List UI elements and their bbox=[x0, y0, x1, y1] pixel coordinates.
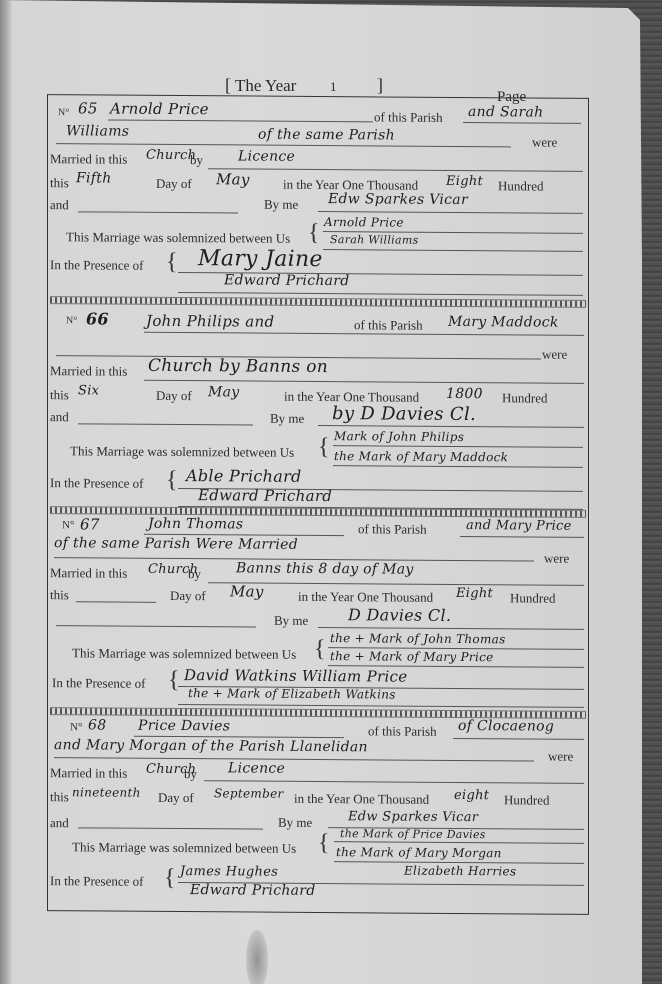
were-label: were bbox=[532, 134, 557, 150]
solemnized-label: This Marriage was solemnized between Us bbox=[72, 645, 296, 663]
signature-bride: the + Mark of Mary Price bbox=[330, 649, 494, 664]
rule bbox=[54, 757, 534, 761]
groom-name: John Thomas bbox=[148, 516, 243, 533]
marriage-entry-67: N° 67 John Thomas of this Parish and Mar… bbox=[48, 515, 588, 709]
brace-icon: { bbox=[318, 435, 330, 459]
officiant-name: D Davies Cl. bbox=[348, 605, 451, 625]
year-label: The Year bbox=[235, 76, 296, 95]
brace-icon: { bbox=[164, 866, 176, 890]
witness-2: Edward Prichard bbox=[198, 486, 332, 505]
witness-2: Edward Prichard bbox=[224, 272, 350, 289]
entry-number: 67 bbox=[80, 515, 100, 533]
rule bbox=[76, 601, 156, 603]
bride-parish: and Mary Morgan of the Parish Llanelidan bbox=[54, 737, 368, 755]
rule bbox=[463, 122, 581, 124]
married-label: Married in this bbox=[50, 765, 127, 782]
by-me-label: By me bbox=[264, 197, 298, 213]
by-label: by bbox=[184, 766, 197, 782]
rule bbox=[333, 445, 583, 448]
rule bbox=[208, 582, 584, 586]
marriage-month: September bbox=[214, 786, 284, 800]
this-label: this bbox=[50, 587, 69, 603]
married-label: Married in this bbox=[50, 363, 127, 380]
signature-bride: the Mark of Mary Maddock bbox=[334, 449, 508, 464]
number-label: N° bbox=[58, 107, 69, 118]
marriage-month: May bbox=[230, 582, 264, 600]
signature-groom: Arnold Price bbox=[324, 215, 404, 230]
bride-surname: Williams bbox=[66, 123, 129, 139]
number-label: N° bbox=[70, 721, 82, 733]
and-label: and bbox=[50, 815, 69, 831]
hundred-label: Hundred bbox=[502, 390, 548, 406]
marriage-day: Fifth bbox=[76, 170, 112, 186]
hundred-label: Hundred bbox=[498, 178, 544, 194]
brace-icon: { bbox=[166, 468, 178, 492]
rule bbox=[78, 211, 238, 213]
marriage-place: Church by Banns on bbox=[148, 356, 328, 377]
rule bbox=[56, 143, 511, 147]
witness-1: Able Prichard bbox=[186, 466, 302, 486]
witness-1: James Hughes bbox=[180, 864, 278, 880]
officiant-name: Edw Sparkes Vicar bbox=[348, 809, 478, 825]
rule bbox=[323, 249, 583, 252]
solemnized-label: This Marriage was solemnized between Us bbox=[70, 443, 294, 461]
were-label: were bbox=[544, 551, 569, 567]
rule bbox=[144, 332, 584, 336]
entry-number: 68 bbox=[88, 717, 106, 733]
hundred-label: Hundred bbox=[504, 792, 550, 808]
marriage-month: May bbox=[216, 170, 250, 188]
rule bbox=[178, 704, 584, 708]
signature-bride: the Mark of Mary Morgan bbox=[336, 845, 502, 860]
rule bbox=[333, 465, 583, 468]
hundred-label: Hundred bbox=[510, 590, 556, 606]
day-of-label: Day of bbox=[156, 388, 192, 404]
day-of-label: Day of bbox=[170, 588, 206, 604]
parish-label: of this Parish bbox=[374, 109, 443, 125]
rule bbox=[453, 738, 584, 740]
witness-3: Elizabeth Harries bbox=[404, 864, 516, 879]
by-me-label: By me bbox=[270, 411, 304, 427]
year-label: in the Year One Thousand bbox=[298, 589, 433, 606]
brace-icon: { bbox=[318, 831, 330, 855]
presence-label: In the Presence of bbox=[50, 873, 144, 890]
page-edge-shadow bbox=[0, 0, 12, 984]
were-label: were bbox=[548, 749, 573, 765]
brace-icon: { bbox=[308, 221, 320, 245]
groom-name: John Philips and bbox=[146, 312, 274, 331]
bride-name: and Mary Price bbox=[466, 518, 572, 534]
solemnized-label: This Marriage was solemnized between Us bbox=[66, 229, 290, 247]
brace-icon: { bbox=[166, 250, 178, 274]
and-label: and bbox=[50, 197, 69, 213]
groom-name: Arnold Price bbox=[110, 100, 209, 119]
parish-label: of this Parish bbox=[354, 317, 423, 333]
by-label: by bbox=[188, 566, 201, 582]
witness-1: Mary Jaine bbox=[198, 246, 323, 272]
by-me-label: By me bbox=[274, 613, 308, 629]
ink-stain bbox=[246, 930, 268, 984]
open-bracket: [ bbox=[225, 75, 231, 95]
this-label: this bbox=[50, 789, 69, 805]
marriage-entry-66: N° 66 John Philips and of this Parish Ma… bbox=[48, 305, 588, 509]
parish-label: of this Parish bbox=[368, 723, 437, 739]
marriage-entry-65: N° 65 Arnold Price of this Parish and Sa… bbox=[48, 95, 588, 299]
solemnized-label: This Marriage was solemnized between Us bbox=[72, 839, 296, 857]
presence-label: In the Presence of bbox=[50, 475, 144, 492]
year-label: in the Year One Thousand bbox=[294, 791, 429, 808]
by-label: by bbox=[190, 152, 203, 168]
year-heading: [ The Year 1 ] bbox=[225, 75, 296, 96]
entry-number: 65 bbox=[78, 99, 98, 117]
marriage-method: Banns this 8 day of May bbox=[236, 560, 414, 577]
witness-2: Edward Prichard bbox=[190, 882, 316, 899]
marriage-year: Eight bbox=[456, 586, 493, 601]
bride-name: Mary Maddock bbox=[448, 314, 559, 331]
rule bbox=[318, 211, 583, 214]
marriage-register-table: N° 65 Arnold Price of this Parish and Sa… bbox=[47, 94, 589, 915]
rule bbox=[144, 380, 584, 384]
register-page: [ The Year 1 ] Page N° 65 Arnold Price o… bbox=[0, 0, 642, 984]
signature-groom: Mark of John Philips bbox=[334, 429, 464, 444]
officiant-name: Edw Sparkes Vicar bbox=[328, 191, 468, 208]
signature-groom: the Mark of Price Davies bbox=[340, 827, 486, 841]
presence-label: In the Presence of bbox=[50, 257, 144, 274]
day-of-label: Day of bbox=[156, 176, 192, 192]
year-digit: 1 bbox=[330, 79, 337, 95]
signature-bride: Sarah Williams bbox=[330, 233, 419, 247]
this-label: this bbox=[50, 387, 69, 403]
marriage-method: Licence bbox=[238, 148, 295, 164]
rule bbox=[318, 627, 584, 630]
marriage-day: Six bbox=[78, 383, 99, 398]
marriage-month: May bbox=[208, 384, 240, 400]
rule bbox=[460, 536, 584, 538]
marriage-method: Licence bbox=[228, 760, 285, 776]
by-me-label: By me bbox=[278, 815, 312, 831]
brace-icon: { bbox=[168, 668, 180, 692]
bride-name: of Clocaenog bbox=[458, 718, 554, 735]
marriage-year: eight bbox=[454, 788, 489, 803]
were-label: were bbox=[542, 347, 567, 363]
rule bbox=[78, 827, 263, 829]
bride-parish: of the same Parish Were Married bbox=[54, 535, 298, 553]
and-label: and bbox=[50, 409, 69, 425]
bride-name: and Sarah bbox=[468, 104, 543, 121]
marriage-day: nineteenth bbox=[72, 785, 141, 799]
number-label: N° bbox=[62, 519, 74, 531]
number-label: N° bbox=[66, 315, 77, 326]
brace-icon: { bbox=[314, 637, 326, 661]
rule bbox=[334, 841, 584, 844]
witness-2: the + Mark of Elizabeth Watkins bbox=[188, 686, 396, 701]
marriage-year: Eight bbox=[446, 174, 483, 189]
bride-parish: of the same Parish bbox=[258, 127, 395, 144]
marriage-entry-68: N° 68 Price Davies of this Parish of Clo… bbox=[48, 715, 588, 914]
groom-name: Price Davies bbox=[138, 718, 230, 735]
signature-groom: the + Mark of John Thomas bbox=[330, 631, 506, 646]
officiant-name: by D Davies Cl. bbox=[332, 403, 476, 425]
rule bbox=[78, 423, 253, 425]
rule bbox=[108, 120, 373, 123]
married-label: Married in this bbox=[50, 565, 127, 582]
rule bbox=[204, 780, 584, 784]
entry-number: 66 bbox=[86, 309, 109, 328]
witness-1: David Watkins William Price bbox=[184, 666, 407, 686]
rule bbox=[318, 425, 584, 428]
parish-label: of this Parish bbox=[358, 521, 427, 537]
married-label: Married in this bbox=[50, 151, 127, 168]
rule bbox=[178, 292, 583, 296]
marriage-place: Church bbox=[146, 148, 196, 163]
this-label: this bbox=[50, 175, 69, 191]
rule bbox=[56, 625, 256, 627]
rule bbox=[208, 168, 583, 172]
presence-label: In the Presence of bbox=[52, 675, 146, 692]
day-of-label: Day of bbox=[158, 790, 194, 806]
marriage-year: 1800 bbox=[446, 386, 483, 402]
close-bracket: ] bbox=[377, 75, 383, 96]
